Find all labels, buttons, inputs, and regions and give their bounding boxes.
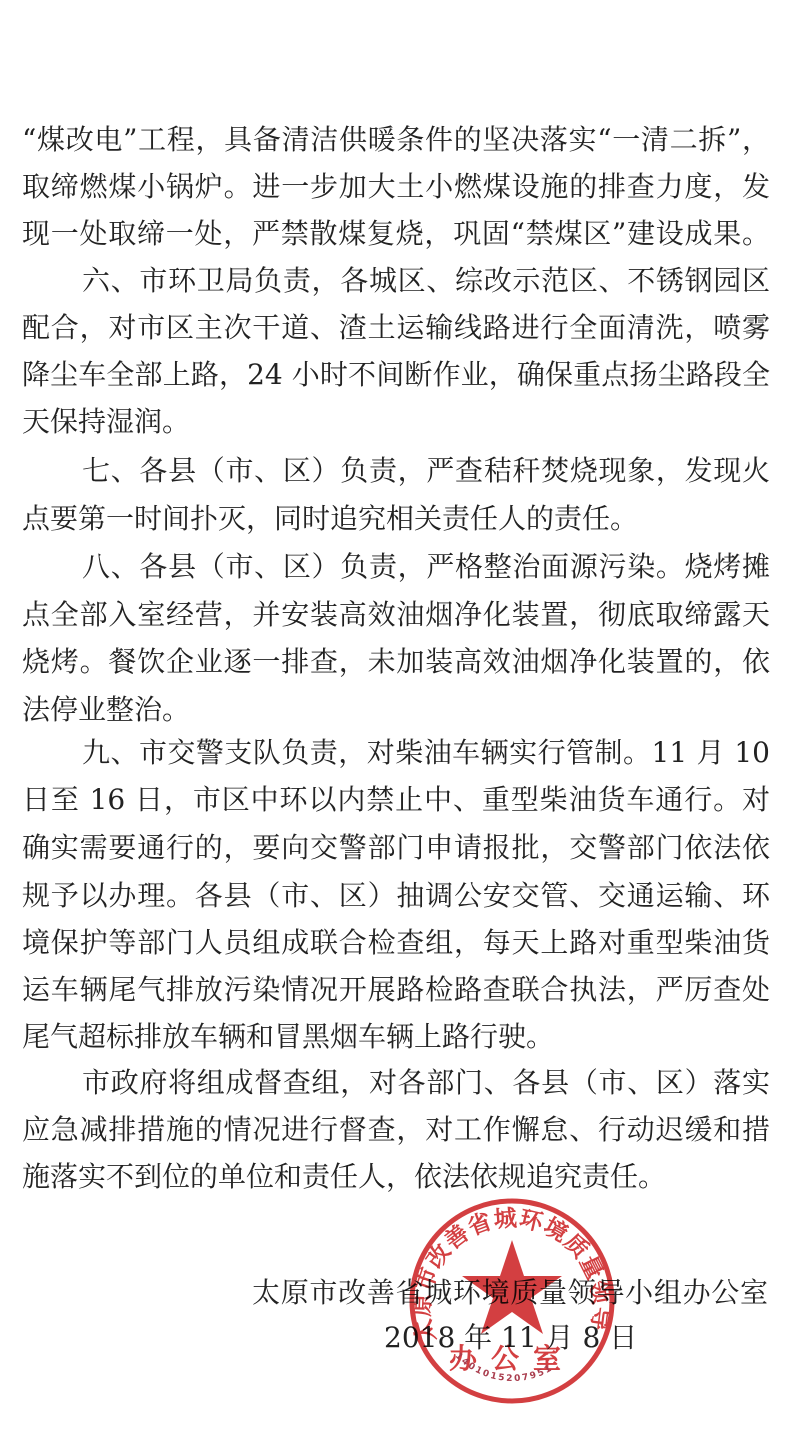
text-line: 日至 16 日，市区中环以内禁止中、重型柴油货车通行。对 [22, 783, 770, 817]
text-line: 取缔燃煤小锅炉。进一步加大土小燃煤设施的排查力度，发 [22, 170, 770, 204]
text-line: 点要第一时间扑灭，同时追究相关责任人的责任。 [22, 502, 770, 536]
signature-date: 2018 年 11 月 8 日 [384, 1321, 610, 1355]
signature-organization: 太原市改善省城环境质量领导小组办公室 [252, 1276, 768, 1310]
svg-text:1401015207951: 1401015207951 [453, 1351, 555, 1384]
text-line: 确实需要通行的，要向交警部门申请报批，交警部门依法依 [22, 831, 770, 865]
paragraph-9-start: 九、市交警支队负责，对柴油车辆实行管制。11 月 10 [82, 736, 770, 770]
paragraph-8-start: 八、各县（市、区）负责，严格整治面源污染。烧烤摊 [82, 550, 770, 584]
text-line: 天保持湿润。 [22, 405, 770, 439]
text-line: 尾气超标排放车辆和冒黑烟车辆上路行驶。 [22, 1020, 770, 1054]
text-line: 点全部入室经营，并安装高效油烟净化装置，彻底取缔露天 [22, 598, 770, 632]
text-line: 运车辆尾气排放污染情况开展路检路查联合执法，严厉查处 [22, 973, 770, 1007]
paragraph-6-start: 六、市环卫局负责，各城区、综改示范区、不锈钢园区 [82, 264, 770, 298]
text-line: 烧烤。餐饮企业逐一排查，未加装高效油烟净化装置的，依 [22, 645, 770, 679]
paragraph-7-start: 七、各县（市、区）负责，严查秸秆焚烧现象，发现火 [82, 454, 770, 488]
text-line: 现一处取缔一处，严禁散煤复烧，巩固“禁煤区”建设成果。 [22, 217, 770, 251]
text-line: 法停业整治。 [22, 693, 770, 727]
seal-code: 1401015207951 [453, 1351, 555, 1384]
closing-paragraph-start: 市政府将组成督查组，对各部门、各县（市、区）落实 [82, 1066, 770, 1100]
text-line: “煤改电”工程，具备清洁供暖条件的坚决落实“一清二拆”， [22, 123, 770, 157]
text-line: 境保护等部门人员组成联合检查组，每天上路对重型柴油货 [22, 926, 770, 960]
document-page: “煤改电”工程，具备清洁供暖条件的坚决落实“一清二拆”， 取缔燃煤小锅炉。进一步… [0, 0, 796, 1445]
text-line: 降尘车全部上路，24 小时不间断作业，确保重点扬尘路段全 [22, 358, 770, 392]
text-line: 施落实不到位的单位和责任人，依法依规追究责任。 [22, 1160, 770, 1194]
text-line: 规予以办理。各县（市、区）抽调公安交管、交通运输、环 [22, 879, 770, 913]
text-line: 配合，对市区主次干道、渣土运输线路进行全面清洗，喷雾 [22, 311, 770, 345]
text-line: 应急减排措施的情况进行督查，对工作懈怠、行动迟缓和措 [22, 1113, 770, 1147]
